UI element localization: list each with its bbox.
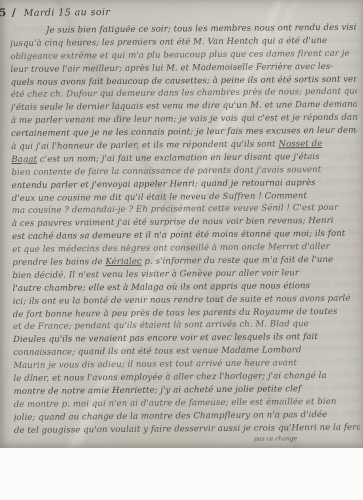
line-text: j'étais seule le dernier laquais est ven… [11, 100, 357, 114]
line-text: d'eux une cousine me dit qu'il était le … [12, 191, 307, 204]
letter-heading-row: 5 / Mardi 15 au soir [0, 4, 359, 19]
line-text: certainement que je ne les connais point… [11, 126, 357, 140]
line-text: bien contente de faire la connaissance d… [11, 165, 321, 178]
interline-note: pas ce change [254, 435, 297, 442]
scanner-background [0, 448, 363, 500]
underlined-name: Kérialec [105, 257, 141, 267]
line-text: de fort bonne heure à peu près de tous l… [13, 306, 338, 319]
line-text: et que les médecins des nègres ont conse… [12, 242, 330, 255]
line-text: bien décidé. Il n'est venu les visiter à… [12, 268, 299, 281]
line-text: le dîner, et nous l'avons employée à all… [13, 371, 326, 384]
line-text: à qui j'ai l'honneur de parler, et ils m… [11, 139, 278, 152]
line-text: connaissance; quand ils ont été tous est… [13, 345, 301, 358]
line-text: de montre p. moi qui n'en ai d'autre de … [14, 397, 337, 410]
line-text: ma cousine ? demandai-je ? Eh précisémen… [12, 203, 339, 216]
line-text: leur trouve l'air meilleur; après lui M.… [10, 62, 333, 75]
handwriting-layer: 5 / Mardi 15 au soir Je suis bien fatigu… [0, 0, 363, 448]
line-text: à ces pauvres vraiment j'ai été surprise… [12, 216, 334, 229]
line-text: prendre les bains de [12, 257, 105, 268]
line-text: montre de notre amie Henriette; j'y ai a… [14, 384, 302, 397]
line-text: Maurin je vous dis adieu; il nous est to… [13, 358, 297, 371]
line-text: obligeance extrême et qui m'a plu beauco… [10, 49, 349, 62]
letter-scan: { "colors": { "paper": "#c9c6bf", "ink":… [0, 0, 363, 500]
line-text: jusqu'à cinq heures; les premiers ont ét… [10, 36, 327, 49]
page-number: 5 / [0, 7, 17, 19]
line-text: jolie; quand au change de la montre des … [14, 410, 328, 423]
letter-line: de tel gougisse qu'on voulait y faire de… [14, 421, 360, 437]
line-text: entendu parler et j'envoyai appeler Henr… [12, 178, 316, 191]
line-text: de tel gougisse qu'on voulait y faire de… [14, 422, 360, 435]
line-text: Je suis bien fatiguée ce soir; tous les … [46, 23, 356, 36]
underlined-name: Nosset de [278, 139, 322, 149]
line-text: à me parler venant me dire leur nom; je … [11, 113, 357, 126]
letter-date-heading: Mardi 15 au soir [24, 7, 111, 19]
line-text: p. s'informer du reste que m'a fait de l… [142, 255, 334, 267]
line-text: été chez ch. Dufour qui demeure dans les… [11, 87, 357, 100]
page-number-value: 5 [0, 7, 7, 19]
line-text: Dieules qu'ils ne venaient pas encore vo… [13, 332, 318, 345]
letter-body: Je suis bien fatiguée ce soir; tous les … [10, 22, 360, 438]
line-text: quels nous avons fait beaucoup de causet… [11, 74, 357, 87]
line-text: est caché dans sa demeure et il n'a poin… [12, 229, 345, 242]
paper-sheet: Je suis bien fatiguée ce soir; tous les … [0, 0, 363, 448]
line-text: c'est un nom; j'ai fait une exclamation … [37, 152, 320, 165]
line-text: ici; ils ont eu la bonté de venir nous r… [13, 293, 351, 306]
line-text: et de France; pendant qu'ils étaient là … [13, 320, 309, 333]
underlined-name: Bagat [11, 155, 37, 165]
line-text: l'autre chambre; elle est à Malaga où il… [13, 281, 311, 294]
